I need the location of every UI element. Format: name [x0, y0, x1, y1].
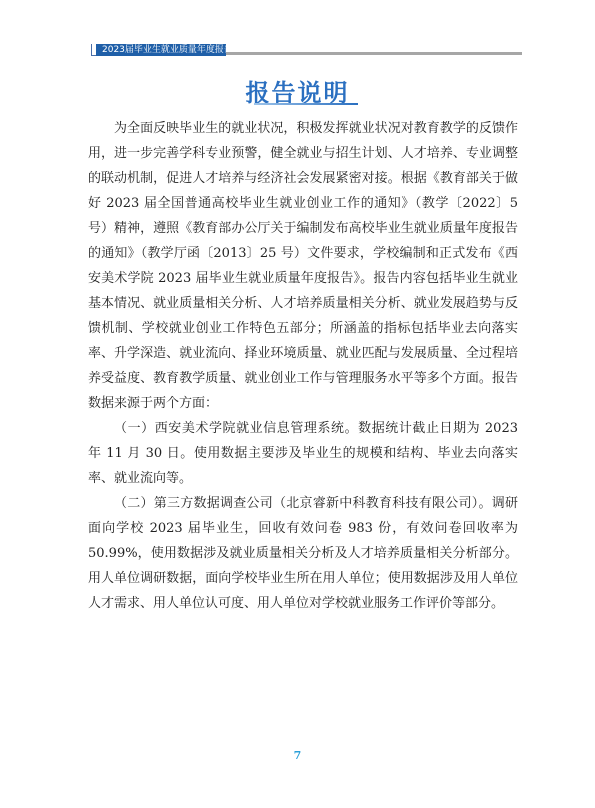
title-underline — [254, 103, 358, 105]
source-two-paragraph: （二）第三方数据调查公司（北京睿新中科教育科技有限公司）。调研面向学校 2023… — [88, 491, 518, 616]
intro-paragraph: 为全面反映毕业生的就业状况，积极发挥就业状况对教育教学的反馈作用，进一步完善学科… — [88, 116, 518, 416]
body-text: 为全面反映毕业生的就业状况，积极发挥就业状况对教育教学的反馈作用，进一步完善学科… — [88, 116, 518, 616]
header-rule — [226, 52, 522, 55]
header-banner: 2023届毕业生就业质量年度报告 — [96, 44, 226, 56]
page-number: 7 — [0, 749, 595, 762]
source-one-paragraph: （一）西安美术学院就业信息管理系统。数据统计截止日期为 2023 年 11 月 … — [88, 416, 518, 491]
